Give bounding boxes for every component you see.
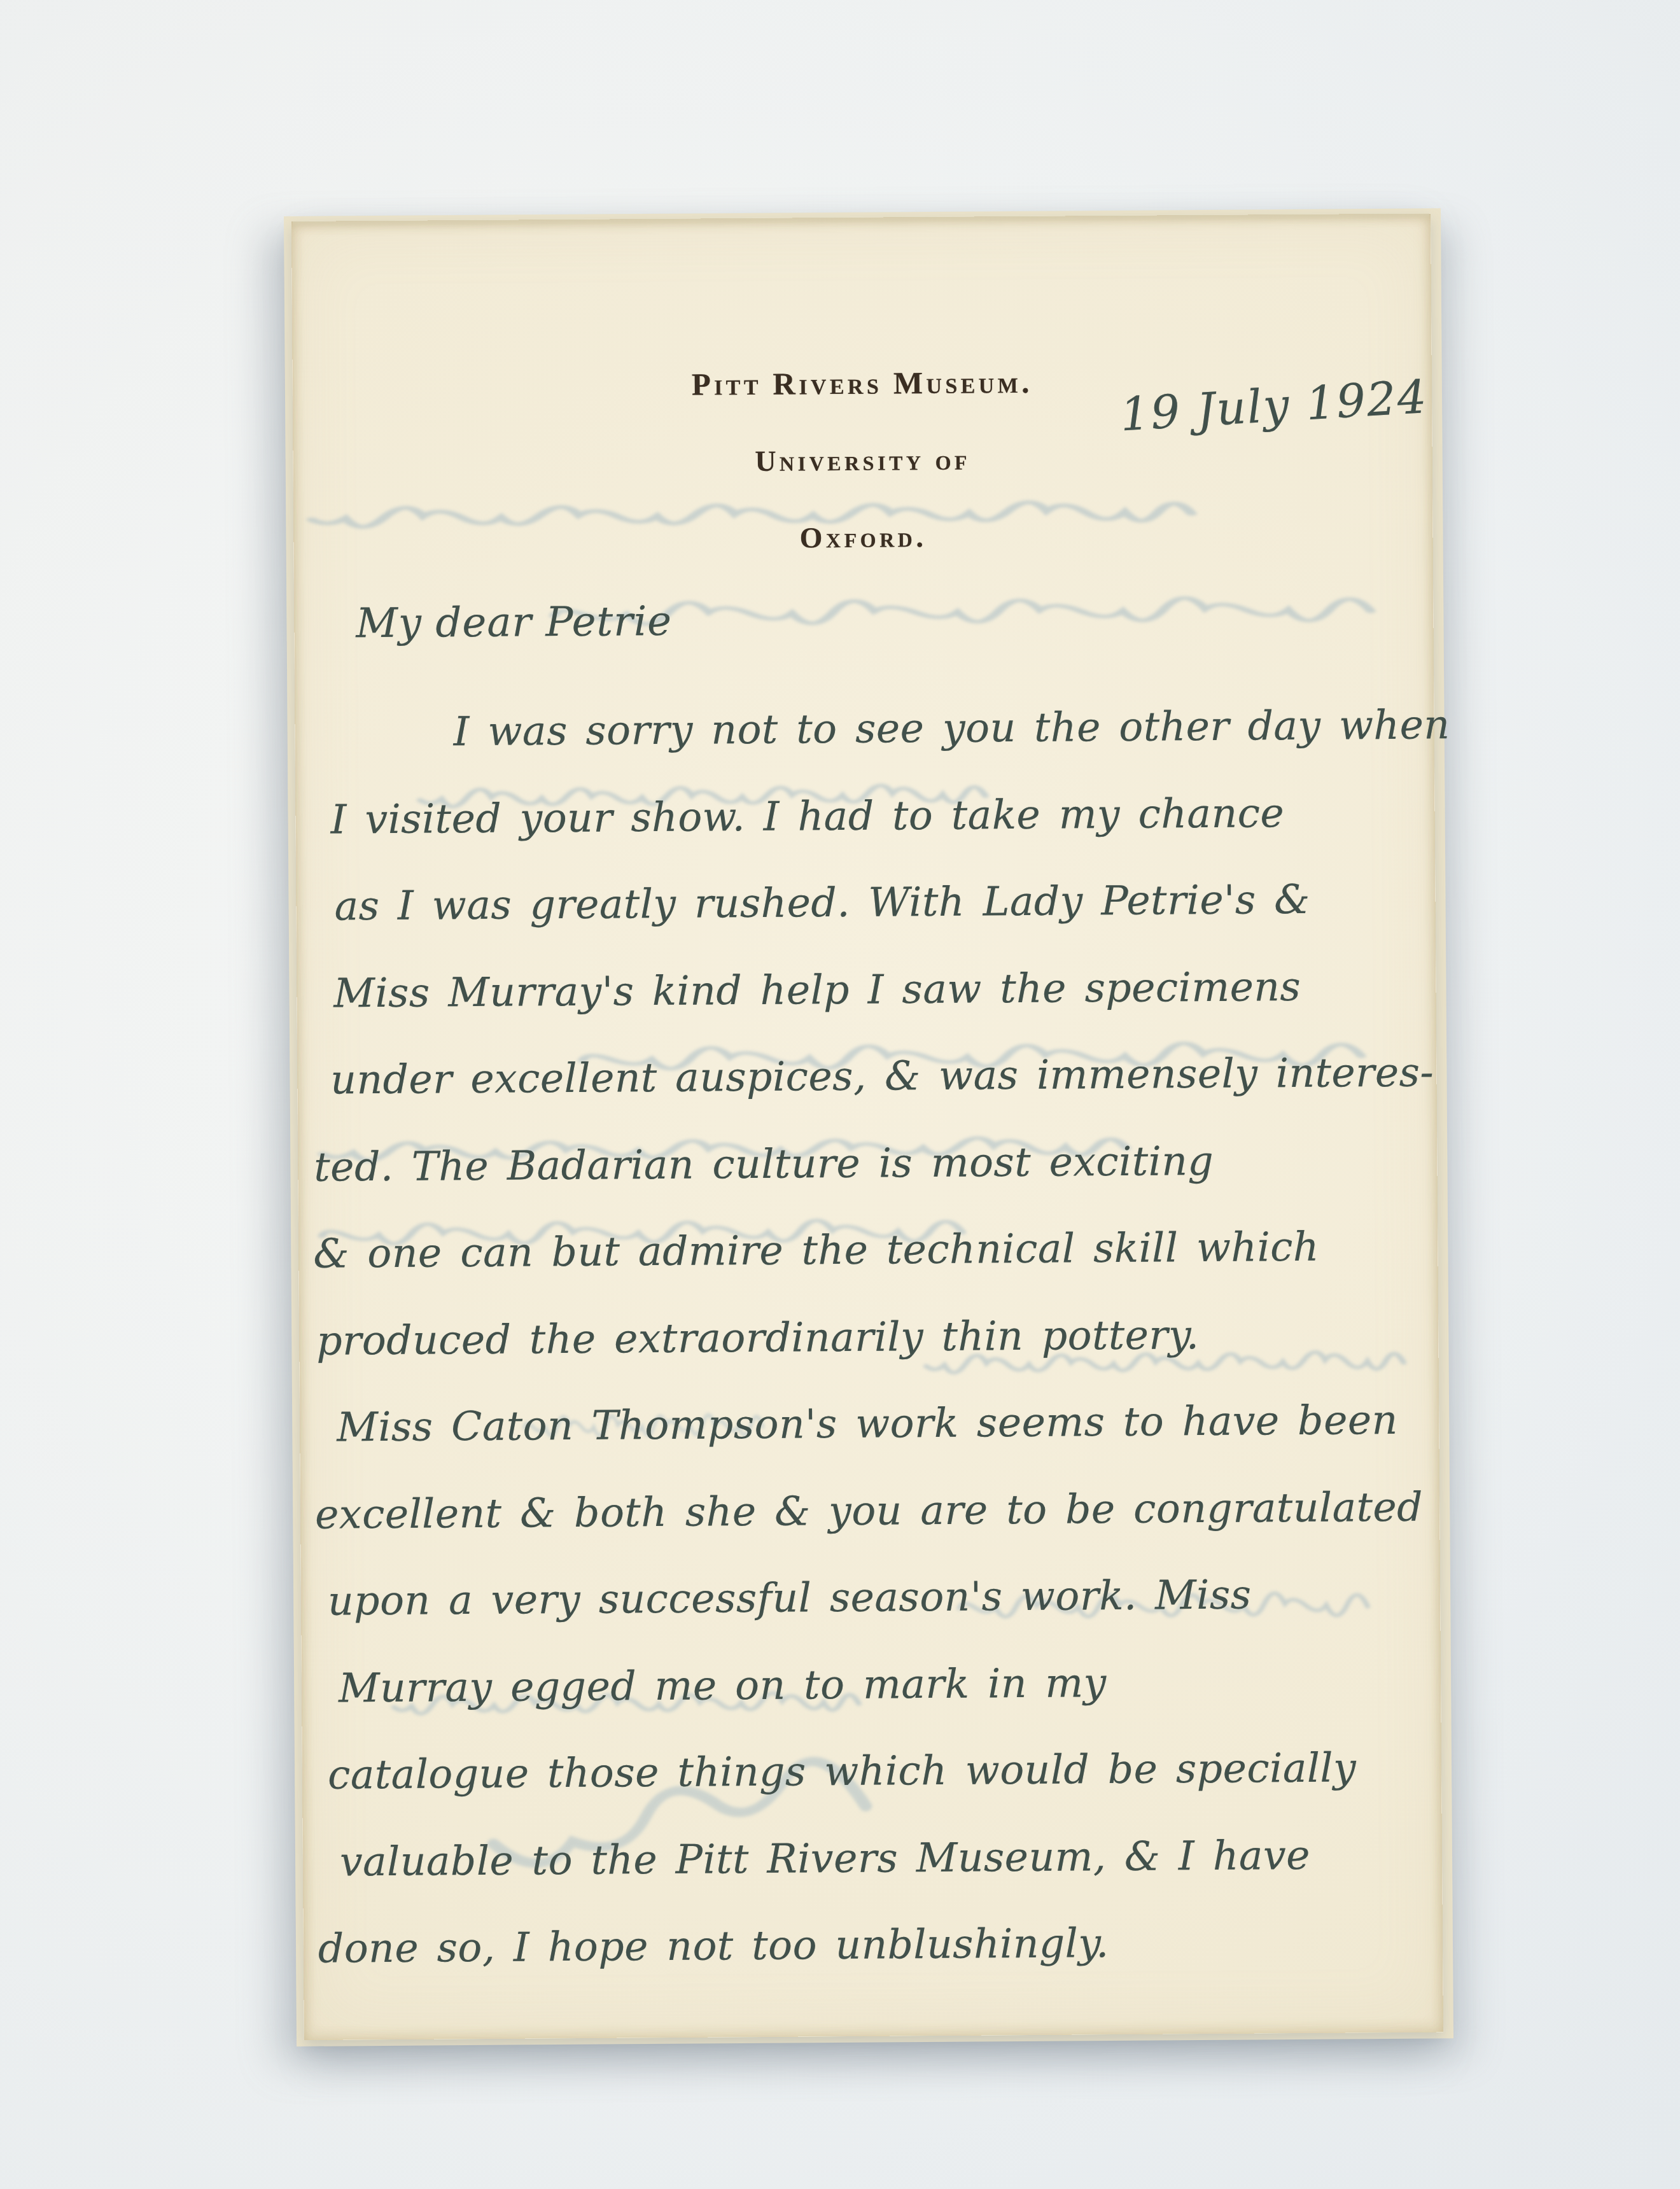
handwritten-line: upon a very successful season's work. Mi… [328, 1550, 1441, 1645]
handwritten-line: catalogue those things which would be sp… [328, 1724, 1442, 1819]
handwritten-line: as I was greatly rushed. With Lady Petri… [334, 855, 1436, 950]
handwritten-line: I was sorry not to see you the other day… [453, 682, 1434, 775]
letterhead-line-3: Oxford. [293, 494, 1433, 579]
salutation: My dear Petrie [356, 598, 672, 647]
handwritten-line: valuable to the Pitt Rivers Museum, & I … [340, 1811, 1443, 1906]
handwritten-line: Miss Murray's kind help I saw the specim… [333, 942, 1436, 1037]
handwritten-line: I visited your show. I had to take my ch… [330, 769, 1435, 864]
handwritten-line: excellent & both she & you are to be con… [315, 1464, 1440, 1558]
handwritten-line: Miss Caton Thompson's work seems to have… [337, 1376, 1439, 1471]
handwritten-line: under excellent auspices, & was immensel… [330, 1029, 1437, 1124]
letter-sheet: Pitt Rivers Museum. University of Oxford… [291, 214, 1443, 2040]
handwritten-line: Murray egged me on to mark in my [339, 1637, 1441, 1732]
photo-backdrop: { "letterhead": { "line1": "Pitt Rivers … [0, 0, 1680, 2189]
handwritten-line: produced the extraordinarily thin potter… [316, 1290, 1439, 1385]
letterhead: Pitt Rivers Museum. University of Oxford… [292, 340, 1432, 579]
handwritten-line: ted. The Badarian culture is most exciti… [314, 1116, 1438, 1211]
bleedthrough-mark [549, 586, 1376, 627]
handwritten-line: done so, I hope not too unblushingly. [318, 1898, 1443, 1992]
handwritten-line: & one can but admire the technical skill… [313, 1203, 1438, 1297]
letter-body: I was sorry not to see you the other day… [295, 682, 1443, 1992]
